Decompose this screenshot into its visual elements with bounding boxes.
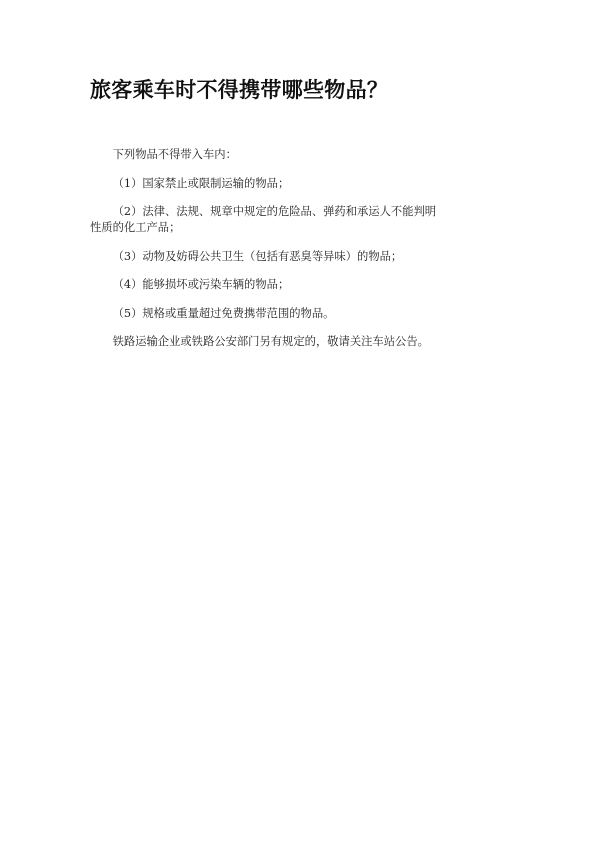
- page-title: 旅客乘车时不得携带哪些物品？: [90, 74, 388, 104]
- closing-paragraph: 铁路运输企业或铁路公安部门另有规定的，敬请关注车站公告。: [90, 334, 445, 350]
- document-page: 旅客乘车时不得携带哪些物品？ 下列物品不得带入车内： （1）国家禁止或限制运输的…: [0, 0, 595, 842]
- list-item: （1）国家禁止或限制运输的物品；: [90, 176, 445, 192]
- list-item: （4）能够损坏或污染车辆的物品；: [90, 277, 445, 293]
- document-body: 下列物品不得带入车内： （1）国家禁止或限制运输的物品； （2）法律、法规、规章…: [90, 147, 445, 363]
- list-item: （3）动物及妨碍公共卫生（包括有恶臭等异味）的物品；: [90, 249, 445, 265]
- intro-paragraph: 下列物品不得带入车内：: [90, 147, 445, 163]
- list-item: （5）规格或重量超过免费携带范围的物品。: [90, 306, 445, 322]
- list-item: （2）法律、法规、规章中规定的危险品、弹药和承运人不能判明性质的化工产品；: [90, 204, 445, 236]
